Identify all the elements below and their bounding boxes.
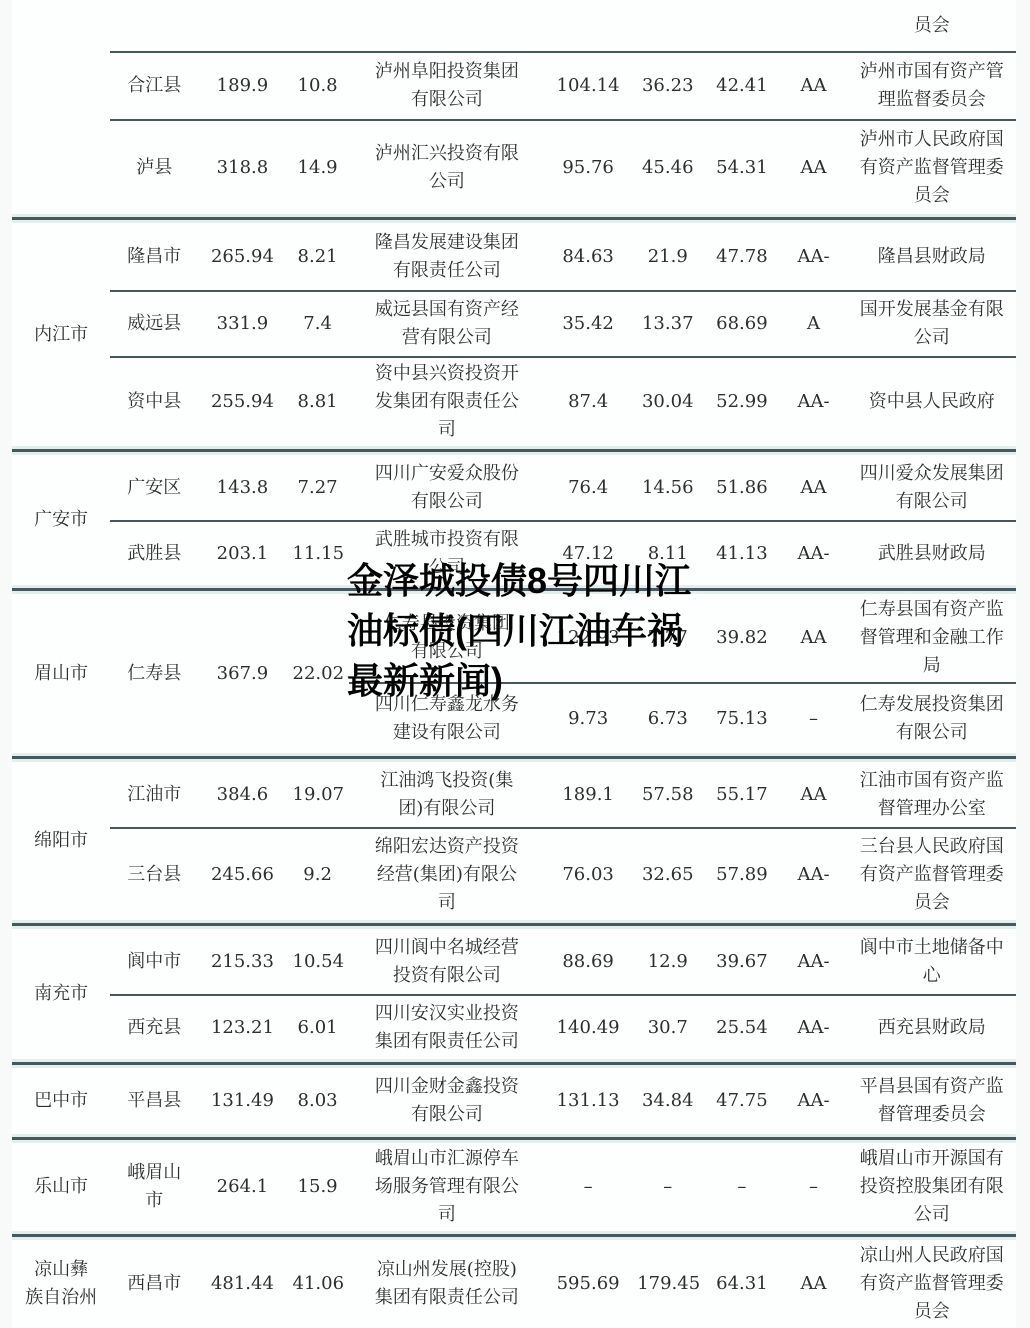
group-separator-line: [12, 214, 1016, 223]
cell-value-3: 140.49: [545, 995, 631, 1059]
cell-county: 西充县: [110, 995, 198, 1059]
cell-platform-company: 四川安汉实业投资 集团有限责任公司: [349, 995, 545, 1059]
table-row: 合江县189.910.8泸州阜阳投资集团 有限公司104.1436.2342.4…: [12, 52, 1016, 120]
cell-city: 南充市: [12, 929, 110, 1059]
cell-value-3: 35.42: [545, 291, 631, 357]
table-row: 三台县245.669.2绵阳宏达资产投资 经营(集团)有限公 司76.0332.…: [12, 828, 1016, 920]
group-separator-line: [12, 585, 1016, 594]
group-separator: [12, 1059, 1016, 1068]
cell-debt-balance: 318.8: [198, 120, 286, 214]
cell-value-5: 42.41: [704, 52, 779, 120]
cell-value-4: 32.65: [631, 828, 704, 920]
cell-value-3: 84.63: [545, 223, 631, 291]
cell-platform-company: 威远县国有资产经 营有限公司: [349, 291, 545, 357]
cell-platform-company: 隆昌发展建设集团 有限责任公司: [349, 223, 545, 291]
cell-value-4: 45.46: [631, 120, 704, 214]
cell-supervisor: 武胜县财政局: [848, 521, 1016, 585]
table-row: 广安市广安区143.87.27四川广安爱众股份 有限公司76.414.5651.…: [12, 455, 1016, 521]
cell-debt-balance: 215.33: [198, 929, 286, 995]
table-row: 南充市阆中市215.3310.54四川阆中名城经营 投资有限公司88.6912.…: [12, 929, 1016, 995]
cell-debt-ratio: 8.21: [287, 223, 349, 291]
group-separator-line: [12, 1059, 1016, 1068]
cell-value-5: 41.13: [704, 521, 779, 585]
cell-value-3: 88.69: [545, 929, 631, 995]
cell-city: 广安市: [12, 455, 110, 585]
table-row: 绵阳市江油市384.619.07江油鸿飞投资(集 团)有限公司189.157.5…: [12, 762, 1016, 828]
group-separator-line: [12, 446, 1016, 455]
cell-value-5: 52.99: [704, 357, 779, 446]
cell-debt-ratio: 8.81: [287, 357, 349, 446]
cell-value-4: [631, 0, 704, 52]
cell-value-4: –: [631, 1143, 704, 1231]
cell-value-4: 7.77: [631, 594, 704, 683]
cell-county: 资中县: [110, 357, 198, 446]
cell-value-4: 21.9: [631, 223, 704, 291]
table-row: 泸县318.814.9泸州汇兴投资有限 公司95.7645.4654.31AA泸…: [12, 120, 1016, 214]
cell-debt-ratio: 7.4: [287, 291, 349, 357]
cell-supervisor: 国开发展基金有限 公司: [848, 291, 1016, 357]
cell-debt-ratio: 7.27: [287, 455, 349, 521]
cell-debt-balance: 264.1: [198, 1143, 286, 1231]
cell-value-4: 12.9: [631, 929, 704, 995]
cell-platform-company: 四川金财金鑫投资 有限公司: [349, 1068, 545, 1134]
cell-debt-ratio: 14.9: [287, 120, 349, 214]
table-row: 威远县331.97.4威远县国有资产经 营有限公司35.4213.3768.69…: [12, 291, 1016, 357]
cell-supervisor: 三台县人民政府国 有资产监督管理委 员会: [848, 828, 1016, 920]
cell-credit-rating: AA-: [779, 929, 847, 995]
cell-value-4: 13.37: [631, 291, 704, 357]
cell-supervisor: 员会: [848, 0, 1016, 52]
cell-platform-company: 四川广安爱众股份 有限公司: [349, 455, 545, 521]
cell-county: 西昌市: [110, 1240, 198, 1328]
cell-platform-company: 凉山州发展(控股) 集团有限责任公司: [349, 1240, 545, 1328]
table-row: 西充县123.216.01四川安汉实业投资 集团有限责任公司140.4930.7…: [12, 995, 1016, 1059]
cell-county: 江油市: [110, 762, 198, 828]
cell-value-5: 39.82: [704, 594, 779, 683]
cell-debt-ratio: 22.02: [287, 594, 349, 753]
cell-value-4: 8.11: [631, 521, 704, 585]
cell-debt-balance: [198, 0, 286, 52]
cell-city: 凉山彝 族自治州: [12, 1240, 110, 1328]
cell-platform-company: 泸州阜阳投资集团 有限公司: [349, 52, 545, 120]
cell-city: 内江市: [12, 223, 110, 446]
table-row: 乐山市峨眉山 市264.115.9峨眉山市汇源停车 场服务管理有限公 司––––…: [12, 1143, 1016, 1231]
cell-value-3: –: [545, 1143, 631, 1231]
cell-city: [12, 0, 110, 214]
cell-value-4: 14.56: [631, 455, 704, 521]
group-separator: [12, 753, 1016, 762]
page: 员会合江县189.910.8泸州阜阳投资集团 有限公司104.1436.2342…: [0, 0, 1030, 1328]
table-row: 凉山彝 族自治州西昌市481.4441.06凉山州发展(控股) 集团有限责任公司…: [12, 1240, 1016, 1328]
cell-value-3: 76.03: [545, 828, 631, 920]
cell-platform-company: [349, 0, 545, 52]
cell-value-3: 47.12: [545, 521, 631, 585]
cell-debt-ratio: 10.8: [287, 52, 349, 120]
cell-county: 泸县: [110, 120, 198, 214]
cell-debt-ratio: 19.07: [287, 762, 349, 828]
cell-value-5: 57.89: [704, 828, 779, 920]
group-separator: [12, 1134, 1016, 1143]
cell-debt-ratio: 11.15: [287, 521, 349, 585]
cell-value-5: 55.17: [704, 762, 779, 828]
cell-county: 隆昌市: [110, 223, 198, 291]
cell-value-5: 25.54: [704, 995, 779, 1059]
cell-credit-rating: AA-: [779, 521, 847, 585]
cell-value-3: 104.14: [545, 52, 631, 120]
cell-value-3: [545, 0, 631, 52]
cell-credit-rating: AA: [779, 52, 847, 120]
cell-value-3: 9.73: [545, 683, 631, 753]
cell-value-4: 30.04: [631, 357, 704, 446]
cell-supervisor: 西充县财政局: [848, 995, 1016, 1059]
cell-platform-company: 泸州汇兴投资有限 公司: [349, 120, 545, 214]
group-separator: [12, 214, 1016, 223]
cell-value-4: 6.73: [631, 683, 704, 753]
cell-value-5: 51.86: [704, 455, 779, 521]
group-separator-line: [12, 1134, 1016, 1143]
cell-debt-ratio: 15.9: [287, 1143, 349, 1231]
cell-credit-rating: –: [779, 683, 847, 753]
cell-credit-rating: [779, 0, 847, 52]
table-row: 员会: [12, 0, 1016, 52]
cell-credit-rating: AA: [779, 762, 847, 828]
cell-value-5: 47.75: [704, 1068, 779, 1134]
cell-city: 眉山市: [12, 594, 110, 753]
cell-value-5: 47.78: [704, 223, 779, 291]
cell-county: 武胜县: [110, 521, 198, 585]
cell-value-5: 75.13: [704, 683, 779, 753]
cell-county: 威远县: [110, 291, 198, 357]
cell-credit-rating: AA-: [779, 223, 847, 291]
cell-value-4: 36.23: [631, 52, 704, 120]
cell-debt-balance: 245.66: [198, 828, 286, 920]
cell-county: 平昌县: [110, 1068, 198, 1134]
cell-credit-rating: A: [779, 291, 847, 357]
cell-supervisor: 峨眉山市开源国有 投资控股集团有限 公司: [848, 1143, 1016, 1231]
cell-supervisor: 平昌县国有资产监 督管理委员会: [848, 1068, 1016, 1134]
cell-debt-ratio: 10.54: [287, 929, 349, 995]
cell-debt-balance: 384.6: [198, 762, 286, 828]
cell-value-4: 34.84: [631, 1068, 704, 1134]
group-separator: [12, 1231, 1016, 1240]
cell-supervisor: 江油市国有资产监 督管理办公室: [848, 762, 1016, 828]
group-separator: [12, 920, 1016, 929]
cell-debt-balance: 331.9: [198, 291, 286, 357]
cell-credit-rating: AA-: [779, 357, 847, 446]
table-row: 资中县255.948.81资中县兴资投资开 发集团有限责任公 司87.430.0…: [12, 357, 1016, 446]
cell-platform-company: 绵阳宏达资产投资 经营(集团)有限公 司: [349, 828, 545, 920]
cell-value-3: 189.1: [545, 762, 631, 828]
cell-credit-rating: AA-: [779, 995, 847, 1059]
cell-debt-balance: 255.94: [198, 357, 286, 446]
cell-city: 巴中市: [12, 1068, 110, 1134]
cell-value-3: 595.69: [545, 1240, 631, 1328]
cell-supervisor: 仁寿发展投资集团 有限公司: [848, 683, 1016, 753]
group-separator-line: [12, 1231, 1016, 1240]
cell-county: 峨眉山 市: [110, 1143, 198, 1231]
cell-county: 阆中市: [110, 929, 198, 995]
cell-value-5: 64.31: [704, 1240, 779, 1328]
cell-debt-balance: 131.49: [198, 1068, 286, 1134]
cell-platform-company: 资中县兴资投资开 发集团有限责任公 司: [349, 357, 545, 446]
table-row: 武胜县203.111.15武胜城市投资有限 公司47.128.1141.13AA…: [12, 521, 1016, 585]
table-row: 眉山市仁寿县367.922.02仁寿县投资集团 有限公司122.937.7739…: [12, 594, 1016, 683]
table-row: 内江市隆昌市265.948.21隆昌发展建设集团 有限责任公司84.6321.9…: [12, 223, 1016, 291]
cell-supervisor: 泸州市国有资产管 理监督委员会: [848, 52, 1016, 120]
cell-value-3: 131.13: [545, 1068, 631, 1134]
cell-county: [110, 0, 198, 52]
cell-value-3: 122.93: [545, 594, 631, 683]
group-separator: [12, 446, 1016, 455]
cell-county: 广安区: [110, 455, 198, 521]
cell-county: 三台县: [110, 828, 198, 920]
cell-supervisor: 资中县人民政府: [848, 357, 1016, 446]
cell-value-5: 54.31: [704, 120, 779, 214]
cell-debt-ratio: 41.06: [287, 1240, 349, 1328]
cell-credit-rating: AA-: [779, 1068, 847, 1134]
bond-table: 员会合江县189.910.8泸州阜阳投资集团 有限公司104.1436.2342…: [12, 0, 1016, 1328]
cell-platform-company: 四川仁寿鑫龙水务 建设有限公司: [349, 683, 545, 753]
cell-supervisor: 四川爱众发展集团 有限公司: [848, 455, 1016, 521]
cell-debt-ratio: 6.01: [287, 995, 349, 1059]
cell-debt-balance: 143.8: [198, 455, 286, 521]
cell-value-5: 68.69: [704, 291, 779, 357]
cell-credit-rating: AA-: [779, 828, 847, 920]
cell-debt-balance: 367.9: [198, 594, 286, 753]
cell-county: 仁寿县: [110, 594, 198, 753]
cell-county: 合江县: [110, 52, 198, 120]
cell-platform-company: 仁寿县投资集团 有限公司: [349, 594, 545, 683]
cell-debt-ratio: [287, 0, 349, 52]
group-separator-line: [12, 920, 1016, 929]
cell-credit-rating: AA: [779, 120, 847, 214]
cell-city: 乐山市: [12, 1143, 110, 1231]
cell-value-5: –: [704, 1143, 779, 1231]
table-row: 巴中市平昌县131.498.03四川金财金鑫投资 有限公司131.1334.84…: [12, 1068, 1016, 1134]
cell-value-4: 57.58: [631, 762, 704, 828]
cell-debt-ratio: 8.03: [287, 1068, 349, 1134]
cell-value-3: 76.4: [545, 455, 631, 521]
cell-supervisor: 凉山州人民政府国 有资产监督管理委 员会: [848, 1240, 1016, 1328]
cell-value-5: [704, 0, 779, 52]
group-separator: [12, 585, 1016, 594]
cell-platform-company: 四川阆中名城经营 投资有限公司: [349, 929, 545, 995]
cell-platform-company: 武胜城市投资有限 公司: [349, 521, 545, 585]
cell-supervisor: 泸州市人民政府国 有资产监督管理委 员会: [848, 120, 1016, 214]
cell-debt-balance: 265.94: [198, 223, 286, 291]
cell-credit-rating: –: [779, 1143, 847, 1231]
cell-value-4: 30.7: [631, 995, 704, 1059]
cell-supervisor: 阆中市土地储备中 心: [848, 929, 1016, 995]
cell-value-3: 95.76: [545, 120, 631, 214]
cell-credit-rating: AA: [779, 594, 847, 683]
cell-debt-balance: 189.9: [198, 52, 286, 120]
cell-value-4: 179.45: [631, 1240, 704, 1328]
cell-platform-company: 江油鸿飞投资(集 团)有限公司: [349, 762, 545, 828]
cell-debt-balance: 203.1: [198, 521, 286, 585]
cell-supervisor: 仁寿县国有资产监 督管理和金融工作 局: [848, 594, 1016, 683]
group-separator-line: [12, 753, 1016, 762]
cell-debt-ratio: 9.2: [287, 828, 349, 920]
cell-debt-balance: 123.21: [198, 995, 286, 1059]
cell-city: 绵阳市: [12, 762, 110, 920]
cell-debt-balance: 481.44: [198, 1240, 286, 1328]
cell-value-5: 39.67: [704, 929, 779, 995]
cell-supervisor: 隆昌县财政局: [848, 223, 1016, 291]
cell-platform-company: 峨眉山市汇源停车 场服务管理有限公 司: [349, 1143, 545, 1231]
cell-value-3: 87.4: [545, 357, 631, 446]
cell-credit-rating: AA: [779, 455, 847, 521]
cell-credit-rating: AA: [779, 1240, 847, 1328]
